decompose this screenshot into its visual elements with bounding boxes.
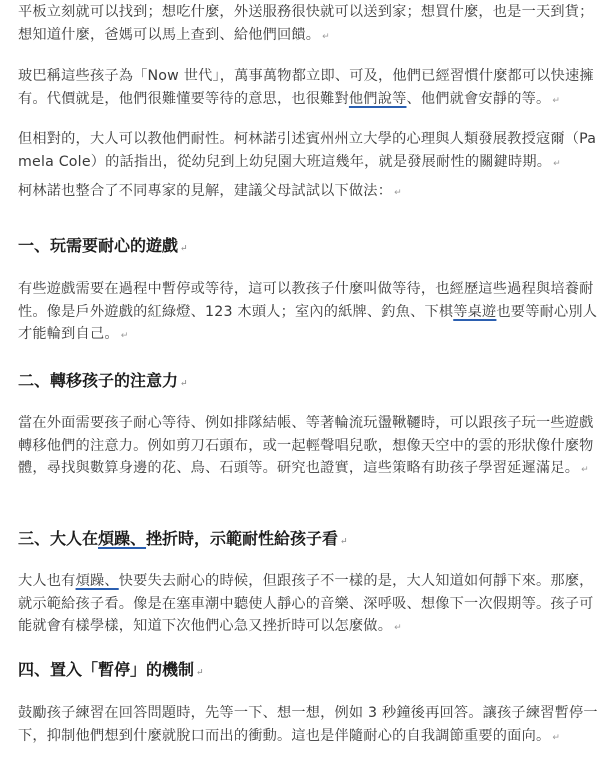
paragraph-text: 、他們就會安靜的等。: [406, 91, 550, 107]
paragraph-mark-icon: ↵: [121, 331, 129, 341]
paragraph-mark-icon: ↵: [581, 465, 589, 475]
spellcheck-underlined-text[interactable]: 他們說等: [349, 91, 407, 107]
paragraph-text: 但相對的，大人可以教他們耐性。柯林諾引述賓州州立大學的心理與人類發展教授寇爾（P…: [18, 131, 596, 170]
section-3-heading: 三、大人在煩躁、挫折時，示範耐性給孩子看↵: [18, 528, 603, 553]
section-heading-text: 挫折時，示範耐性給孩子看: [146, 529, 338, 548]
paragraph-3: 但相對的，大人可以教他們耐性。柯林諾引述賓州州立大學的心理與人類發展教授寇爾（P…: [18, 128, 603, 175]
spellcheck-underlined-text[interactable]: 煩躁、: [98, 529, 146, 548]
section-3-body: 大人也有煩躁、快要失去耐心的時候，但跟孩子不一樣的是，大人知道如何靜下來。那麼，…: [18, 570, 603, 640]
paragraph-text: 大人也有: [18, 573, 76, 589]
paragraph-mark-icon: ↵: [340, 537, 348, 547]
paragraph-mark-icon: ↵: [552, 96, 560, 106]
paragraph-text: 平板立刻就可以找到；想吃什麼，外送服務很快就可以送到家；想買什麼，也是一天到貨；…: [18, 4, 594, 43]
section-4-heading: 四、置入「暫停」的機制↵: [18, 659, 603, 684]
paragraph-mark-icon: ↵: [180, 379, 188, 389]
paragraph-text: 鼓勵孩子練習在回答問題時，先等一下、想一想，例如 3 秒鐘後再回答。讓孩子練習暫…: [18, 705, 598, 744]
section-heading-text: 一、玩需要耐心的遊戲: [18, 236, 178, 255]
paragraph-text: 當在外面需要孩子耐心等待、例如排隊結帳、等著輪流玩盪鞦韆時，可以跟孩子玩一些遊戲…: [18, 415, 594, 476]
paragraph-mark-icon: ↵: [394, 623, 402, 633]
paragraph-4: 柯林諾也整合了不同專家的見解，建議父母試試以下做法：↵: [18, 180, 603, 205]
section-heading-text: 三、大人在: [18, 529, 98, 548]
paragraph-mark-icon: ↵: [180, 244, 188, 254]
paragraph-mark-icon: ↵: [394, 188, 402, 198]
section-1-heading: 一、玩需要耐心的遊戲↵: [18, 235, 603, 260]
paragraph-mark-icon: ↵: [322, 32, 330, 42]
paragraph-1: 平板立刻就可以找到；想吃什麼，外送服務很快就可以送到家；想買什麼，也是一天到貨；…: [18, 1, 603, 48]
section-2-body: 當在外面需要孩子耐心等待、例如排隊結帳、等著輪流玩盪鞦韆時，可以跟孩子玩一些遊戲…: [18, 412, 603, 482]
paragraph-mark-icon: ↵: [552, 733, 560, 743]
section-2-heading: 二、轉移孩子的注意力↵: [18, 370, 603, 395]
spellcheck-underlined-text[interactable]: 煩躁、: [76, 573, 119, 589]
paragraph-mark-icon: ↵: [196, 668, 204, 678]
paragraph-mark-icon: ↵: [553, 159, 561, 169]
paragraph-2: 玻巴稱這些孩子為「Now 世代」，萬事萬物都立即、可及，他們已經習慣什麼都可以快…: [18, 65, 603, 112]
section-heading-text: 二、轉移孩子的注意力: [18, 371, 178, 390]
section-1-body: 有些遊戲需要在過程中暫停或等待，這可以教孩子什麼叫做等待，也經歷這些過程與培養耐…: [18, 278, 603, 348]
section-heading-text: 四、置入「暫停」的機制: [18, 660, 194, 679]
spellcheck-underlined-text[interactable]: 等桌遊: [453, 304, 496, 320]
section-4-body: 鼓勵孩子練習在回答問題時，先等一下、想一想，例如 3 秒鐘後再回答。讓孩子練習暫…: [18, 702, 603, 749]
paragraph-text: 柯林諾也整合了不同專家的見解，建議父母試試以下做法：: [18, 183, 392, 199]
